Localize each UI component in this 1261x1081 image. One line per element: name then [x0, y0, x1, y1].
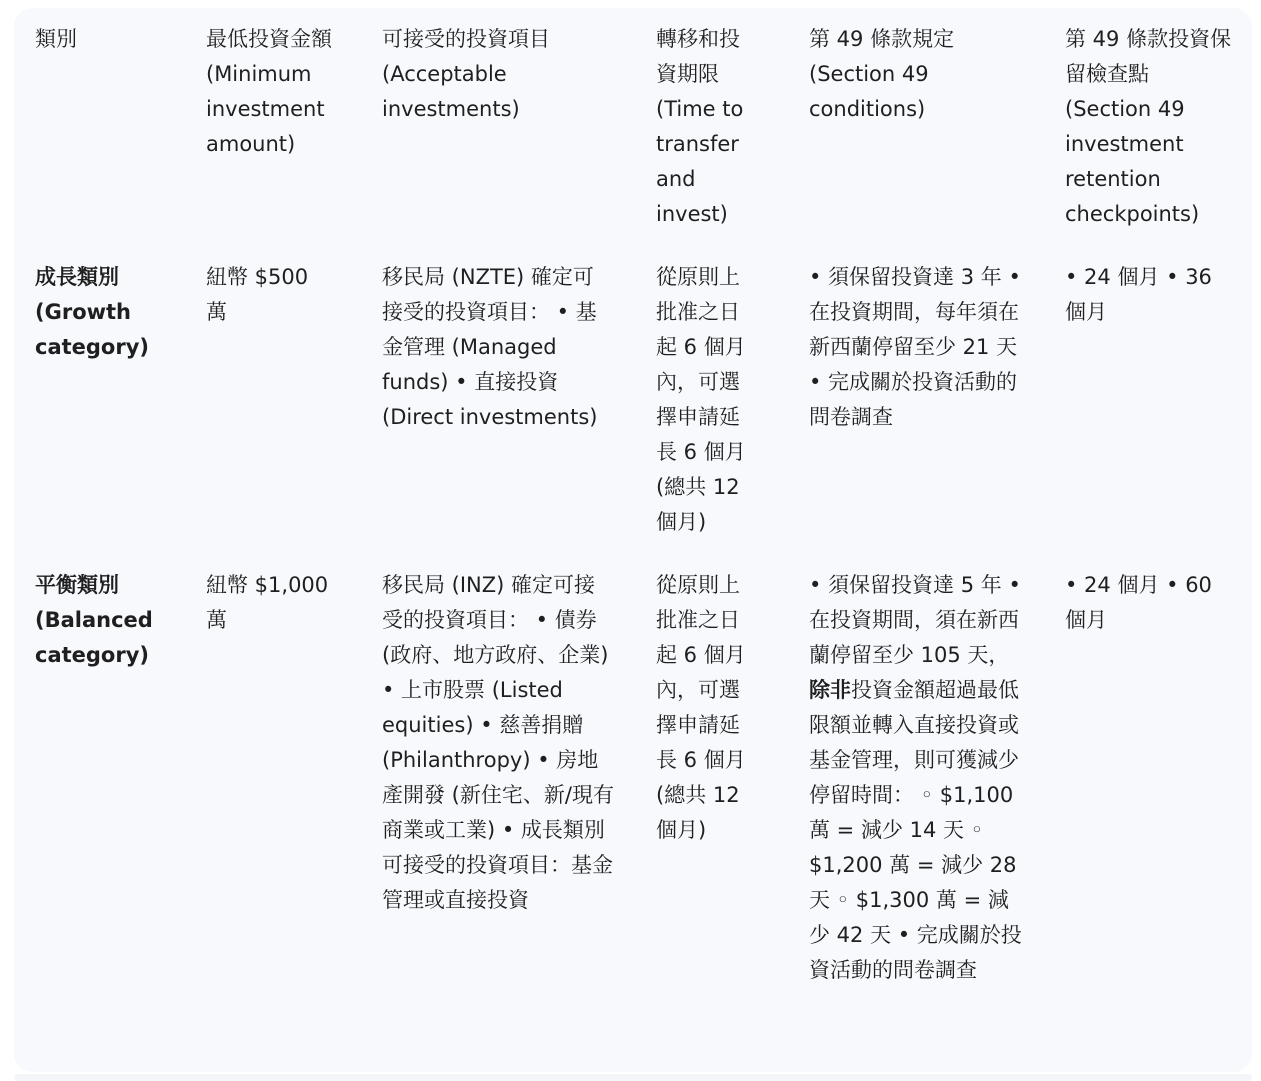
cell-retention-checkpoints: • 24 個月 • 60 個月 [1065, 568, 1252, 1008]
header-time-to-transfer: 轉移和投資期限 (Time to transfer and invest) [656, 8, 809, 260]
investor-category-table: 類別 最低投資金額 (Minimum investment amount) 可接… [14, 8, 1252, 1008]
header-acceptable-investments: 可接受的投資項目 (Acceptable investments) [382, 8, 656, 260]
table-row: 成長類別 (Growth category) 紐幣 $500 萬 移民局 (NZ… [14, 260, 1252, 568]
cell-minimum-investment: 紐幣 $500 萬 [206, 260, 382, 568]
cell-retention-checkpoints: • 24 個月 • 36 個月 [1065, 260, 1252, 568]
header-retention-checkpoints: 第 49 條款投資保留檢查點 (Section 49 investment re… [1065, 8, 1252, 260]
cell-acceptable-investments: 移民局 (INZ) 確定可接受的投資項目： • 債券 (政府、地方政府、企業) … [382, 568, 656, 1008]
section49-conditions-text: • 須保留投資達 5 年 • 在投資期間，須在新西蘭停留至少 105 天，除非投… [809, 568, 1025, 988]
cell-category: 平衡類別 (Balanced category) [14, 568, 206, 1008]
table-card: 類別 最低投資金額 (Minimum investment amount) 可接… [14, 8, 1252, 1072]
header-category: 類別 [14, 8, 206, 260]
divider [14, 1074, 1252, 1081]
emphasis-unless: 除非 [809, 678, 851, 702]
header-minimum-investment: 最低投資金額 (Minimum investment amount) [206, 8, 382, 260]
cell-section49-conditions: • 須保留投資達 5 年 • 在投資期間，須在新西蘭停留至少 105 天，除非投… [809, 568, 1065, 1008]
cell-minimum-investment: 紐幣 $1,000 萬 [206, 568, 382, 1008]
cell-time-to-transfer: 從原則上批准之日起 6 個月內，可選擇申請延長 6 個月 (總共 12 個月) [656, 260, 809, 568]
cell-time-to-transfer: 從原則上批准之日起 6 個月內，可選擇申請延長 6 個月 (總共 12 個月) [656, 568, 809, 1008]
cell-acceptable-investments: 移民局 (NZTE) 確定可接受的投資項目： • 基金管理 (Managed f… [382, 260, 656, 568]
table-header-row: 類別 最低投資金額 (Minimum investment amount) 可接… [14, 8, 1252, 260]
cell-section49-conditions: • 須保留投資達 3 年 • 在投資期間，每年須在新西蘭停留至少 21 天 • … [809, 260, 1065, 568]
cell-category: 成長類別 (Growth category) [14, 260, 206, 568]
table-row: 平衡類別 (Balanced category) 紐幣 $1,000 萬 移民局… [14, 568, 1252, 1008]
header-section49-conditions: 第 49 條款規定 (Section 49 conditions) [809, 8, 1065, 260]
